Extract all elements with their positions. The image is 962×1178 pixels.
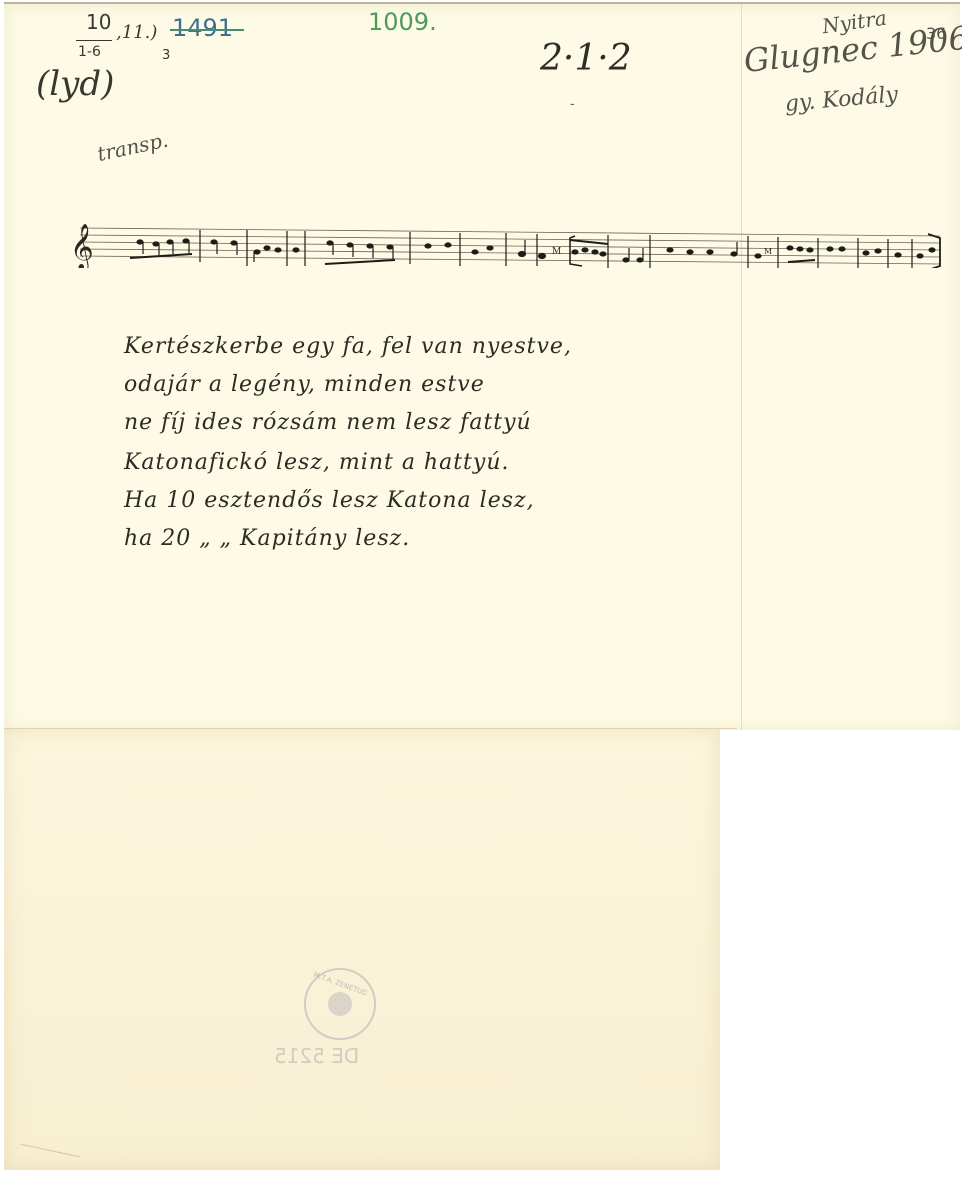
fraction-bar: [76, 40, 112, 41]
mode-label: (lyd): [36, 64, 114, 104]
treble-clef-icon: 𝄞: [70, 224, 94, 268]
strikethrough-line: [170, 29, 244, 31]
lyric-line-3: ne fíj ides rózsám nem lesz fattyú: [124, 410, 532, 435]
music-staff: 𝄞: [70, 222, 948, 268]
lyric-line-4: Katonafickó lesz, mint a hattyú.: [124, 450, 509, 475]
struck-catalog-number: 1491: [172, 14, 233, 42]
fold-line-vertical: [741, 4, 742, 730]
lyric-line-5: Ha 10 esztendős lesz Katona lesz,: [124, 488, 535, 513]
crest-icon: [328, 992, 352, 1016]
stamp-number: DE 5215: [274, 1044, 359, 1068]
svg-text:M: M: [552, 247, 561, 257]
cadence-label: 2·1·2: [540, 38, 632, 79]
dash-mark: -: [570, 96, 575, 112]
catalog-number-11: ,11.): [116, 22, 157, 43]
manuscript-sheet-bottom: [4, 728, 720, 1170]
catalog-fraction-denominator: 1-6: [78, 44, 101, 60]
green-inventory-number: 1009.: [368, 8, 437, 36]
svg-text:M: M: [764, 247, 772, 256]
lyric-line-6: ha 20 „ „ Kapitány lesz.: [124, 526, 410, 551]
catalog-fraction-numerator: 10: [86, 10, 111, 34]
fold-line-horizontal: [4, 728, 737, 729]
lyric-line-2: odajár a legény, minden estve: [124, 372, 485, 397]
catalog-subscript: 3: [162, 48, 170, 63]
library-stamp: M.T.A. ZENETUDOMÁNYI: [304, 968, 376, 1040]
lyric-line-1: Kertészkerbe egy fa, fel van nyestve,: [124, 334, 572, 359]
